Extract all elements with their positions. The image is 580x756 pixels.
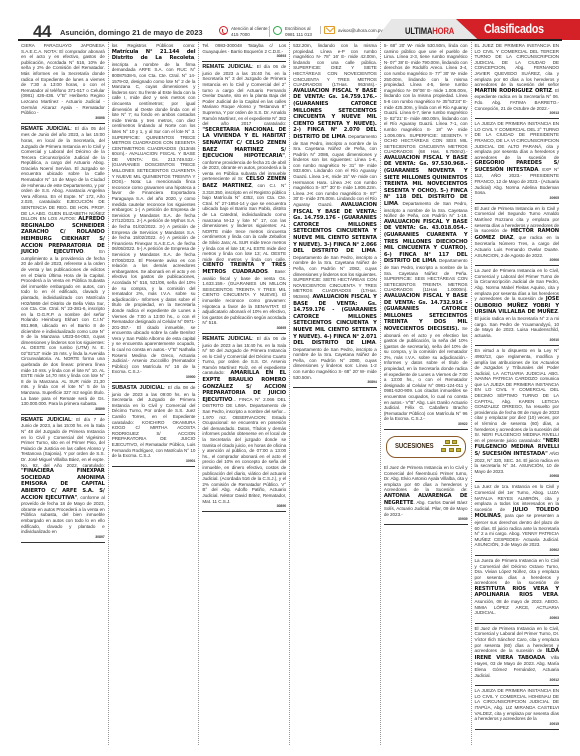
notice: La Juez de Primera Instancia en lo Civil… xyxy=(475,267,560,346)
notice-code: 30897 xyxy=(21,535,105,539)
notice: los Registros Públicos como: Matrícula N… xyxy=(112,42,196,383)
notice: LA JUEZA DE PRIMERA INSTANCIA EN LO CIVI… xyxy=(475,120,560,204)
notice: REMATE JUDICIAL: El día 06 de junio de 2… xyxy=(202,335,286,512)
notice: 532.20m, lindando con la misma propiedad… xyxy=(293,42,377,388)
brand-logo-right: HORA xyxy=(432,26,454,36)
classifieds-columns: CIERA PARAGUAYO JAPONESA S.A.E.C.A. NOTA… xyxy=(18,42,562,745)
column-2: los Registros Públicos como: Matrícula N… xyxy=(109,42,200,745)
notice-caption: AVALUACION FISCAL Y BASE DE VENTA: Gs. 1… xyxy=(293,88,377,140)
notice: Tel. 0983-300048 Tatayba c/ Los Guayaquí… xyxy=(202,42,286,62)
section-title: Clasificados xyxy=(484,21,544,36)
notice-lead: REMATE JUDICIAL xyxy=(21,126,71,132)
notice-code: 30894 xyxy=(293,380,377,384)
notice-code: 30912 xyxy=(475,678,560,682)
column-1: CIERA PARAGUAYO JAPONESA S.A.E.C.A. NOTA… xyxy=(18,42,109,745)
notice: CIERA PARAGUAYO JAPONESA S.A.E.C.A. NOTA… xyxy=(21,42,105,124)
notice-code: 30908 xyxy=(475,474,560,478)
notice: La Jueza de Primera Instancia en lo Civi… xyxy=(475,557,560,624)
contact-email: avisos@uhora.com.py xyxy=(320,26,383,34)
contact-whatsapp-value: 0981 111 013 xyxy=(285,32,312,38)
notice-code: 30899 xyxy=(21,407,105,411)
contact-phone-value: 415 7000 xyxy=(231,32,269,38)
notice: 5- 68° 20' W- mide 530.50m, linda con ca… xyxy=(384,42,468,430)
notice-code: 30906 xyxy=(475,258,560,262)
notice-lead: REMATE JUDICIAL xyxy=(202,336,252,342)
notice: EL JUEZ DE PRIMERA INSTANCIA EN LO CIVIL… xyxy=(475,42,560,119)
notice-code: 30902 xyxy=(475,548,560,552)
notice: La Juez de 1ra. Instancia en lo Civil y … xyxy=(475,483,560,556)
notice-caption: Matrícula N° 21.144 del Distrito de La R… xyxy=(112,49,196,62)
column-6: EL JUEZ DE PRIMERA INSTANCIA EN LO CIVIL… xyxy=(472,42,563,745)
notice: REMATE JUDICIAL: El día 7 de Junio de 20… xyxy=(21,416,105,543)
notice-code: 30903 xyxy=(475,616,560,620)
notice-caption: AVALUACION FISCAL Y BASE DE VENTA: Gs. 1… xyxy=(384,293,468,332)
notice-code: 30910 xyxy=(475,338,560,342)
notice-code: 30895 xyxy=(202,326,286,330)
page-header: 44 Asunción, domingo 21 de mayo de 2023 … xyxy=(0,0,580,38)
notice: SUBASTA JUDICIAL: El día 08 de junio de … xyxy=(112,384,196,467)
notice-code: 30905 xyxy=(475,196,560,200)
column-4: 532.20m, lindando con la misma propiedad… xyxy=(290,42,381,745)
notice-caption: AVALUACION FISCAL Y BASE DE VENTA: Gs. 1… xyxy=(293,294,377,346)
notice-lead: REMATE JUDICIAL xyxy=(21,417,71,423)
header-rule xyxy=(18,39,562,41)
notice: LA JUEZA DE PRIMERA INSTANCIA EN LO CIVI… xyxy=(475,687,560,730)
notice-caption: AVALUACION FISCAL Y BASE DE VENTA: Gs. 9… xyxy=(384,155,468,207)
notice-lead: REMATE JUDICIAL xyxy=(202,64,252,70)
sucesiones-title: SUCESIONES xyxy=(395,444,434,450)
notice: En virtud a lo dispuesto en la Ley N° 49… xyxy=(475,347,560,482)
notice-code: 30893 xyxy=(202,54,286,58)
column-5: 5- 68° 20' W- mide 530.50m, linda con ca… xyxy=(381,42,472,745)
notice: El Juez de Primera Instancia en lo Civil… xyxy=(384,464,468,525)
notice: REMATE JUDICIAL: El día 06 de junio de 2… xyxy=(202,63,286,334)
mail-icon xyxy=(324,26,335,34)
sucesiones-banner: SUCESIONES xyxy=(386,436,466,458)
notice-code: 30939 xyxy=(384,517,468,521)
notice: El Juez de Primera Instancia en lo Civil… xyxy=(475,205,560,266)
notice-code: 30901 xyxy=(112,459,196,463)
notice-code: 30898 xyxy=(21,116,105,120)
contact-email-label: avisos@uhora.com.py xyxy=(338,28,383,34)
notice: REMATE JUDICIAL: El día 05 del mes de Ju… xyxy=(21,125,105,415)
notice-caption: AVALUACION FISCAL Y BASE DE VENTA: Gs. 1… xyxy=(293,202,377,254)
notice-caption: RESTITUTA RIOS VERA Y APOLINARIA RIOS VE… xyxy=(475,586,560,599)
whatsapp-icon xyxy=(273,26,282,35)
notice-code: 30913 xyxy=(475,111,560,115)
brand-logo-left: ULTIMA xyxy=(405,26,432,36)
column-3: Tel. 0983-300048 Tatayba c/ Los Guayaquí… xyxy=(199,42,290,745)
notice-caption: MARTIN RODRIGUEZ ORTIZ xyxy=(475,88,552,94)
page-date: Asunción, domingo 21 de mayo de 2023 xyxy=(60,28,203,37)
contact-phone: Atención al cliente: 415 7000 xyxy=(219,26,269,37)
notice-lead: SUBASTA JUDICIAL xyxy=(112,385,164,391)
phone-icon xyxy=(219,26,228,35)
notice-caption: "SECRETARIA NACIONAL DE LA VIVIENDA Y EL… xyxy=(202,127,286,159)
notice-code: 30915 xyxy=(475,722,560,726)
notice-code: 30890 xyxy=(202,504,286,508)
notice: El Juez de Primera Instancia en lo Civil… xyxy=(475,625,560,686)
notice-code: 30922 xyxy=(384,422,468,426)
brand-logo: ULTIMAHORA xyxy=(405,26,454,36)
contact-whatsapp: Escribinos al 0981 111 013 xyxy=(269,26,312,37)
notice-code: 30900 xyxy=(112,375,196,379)
family-tree-icon xyxy=(440,440,459,454)
